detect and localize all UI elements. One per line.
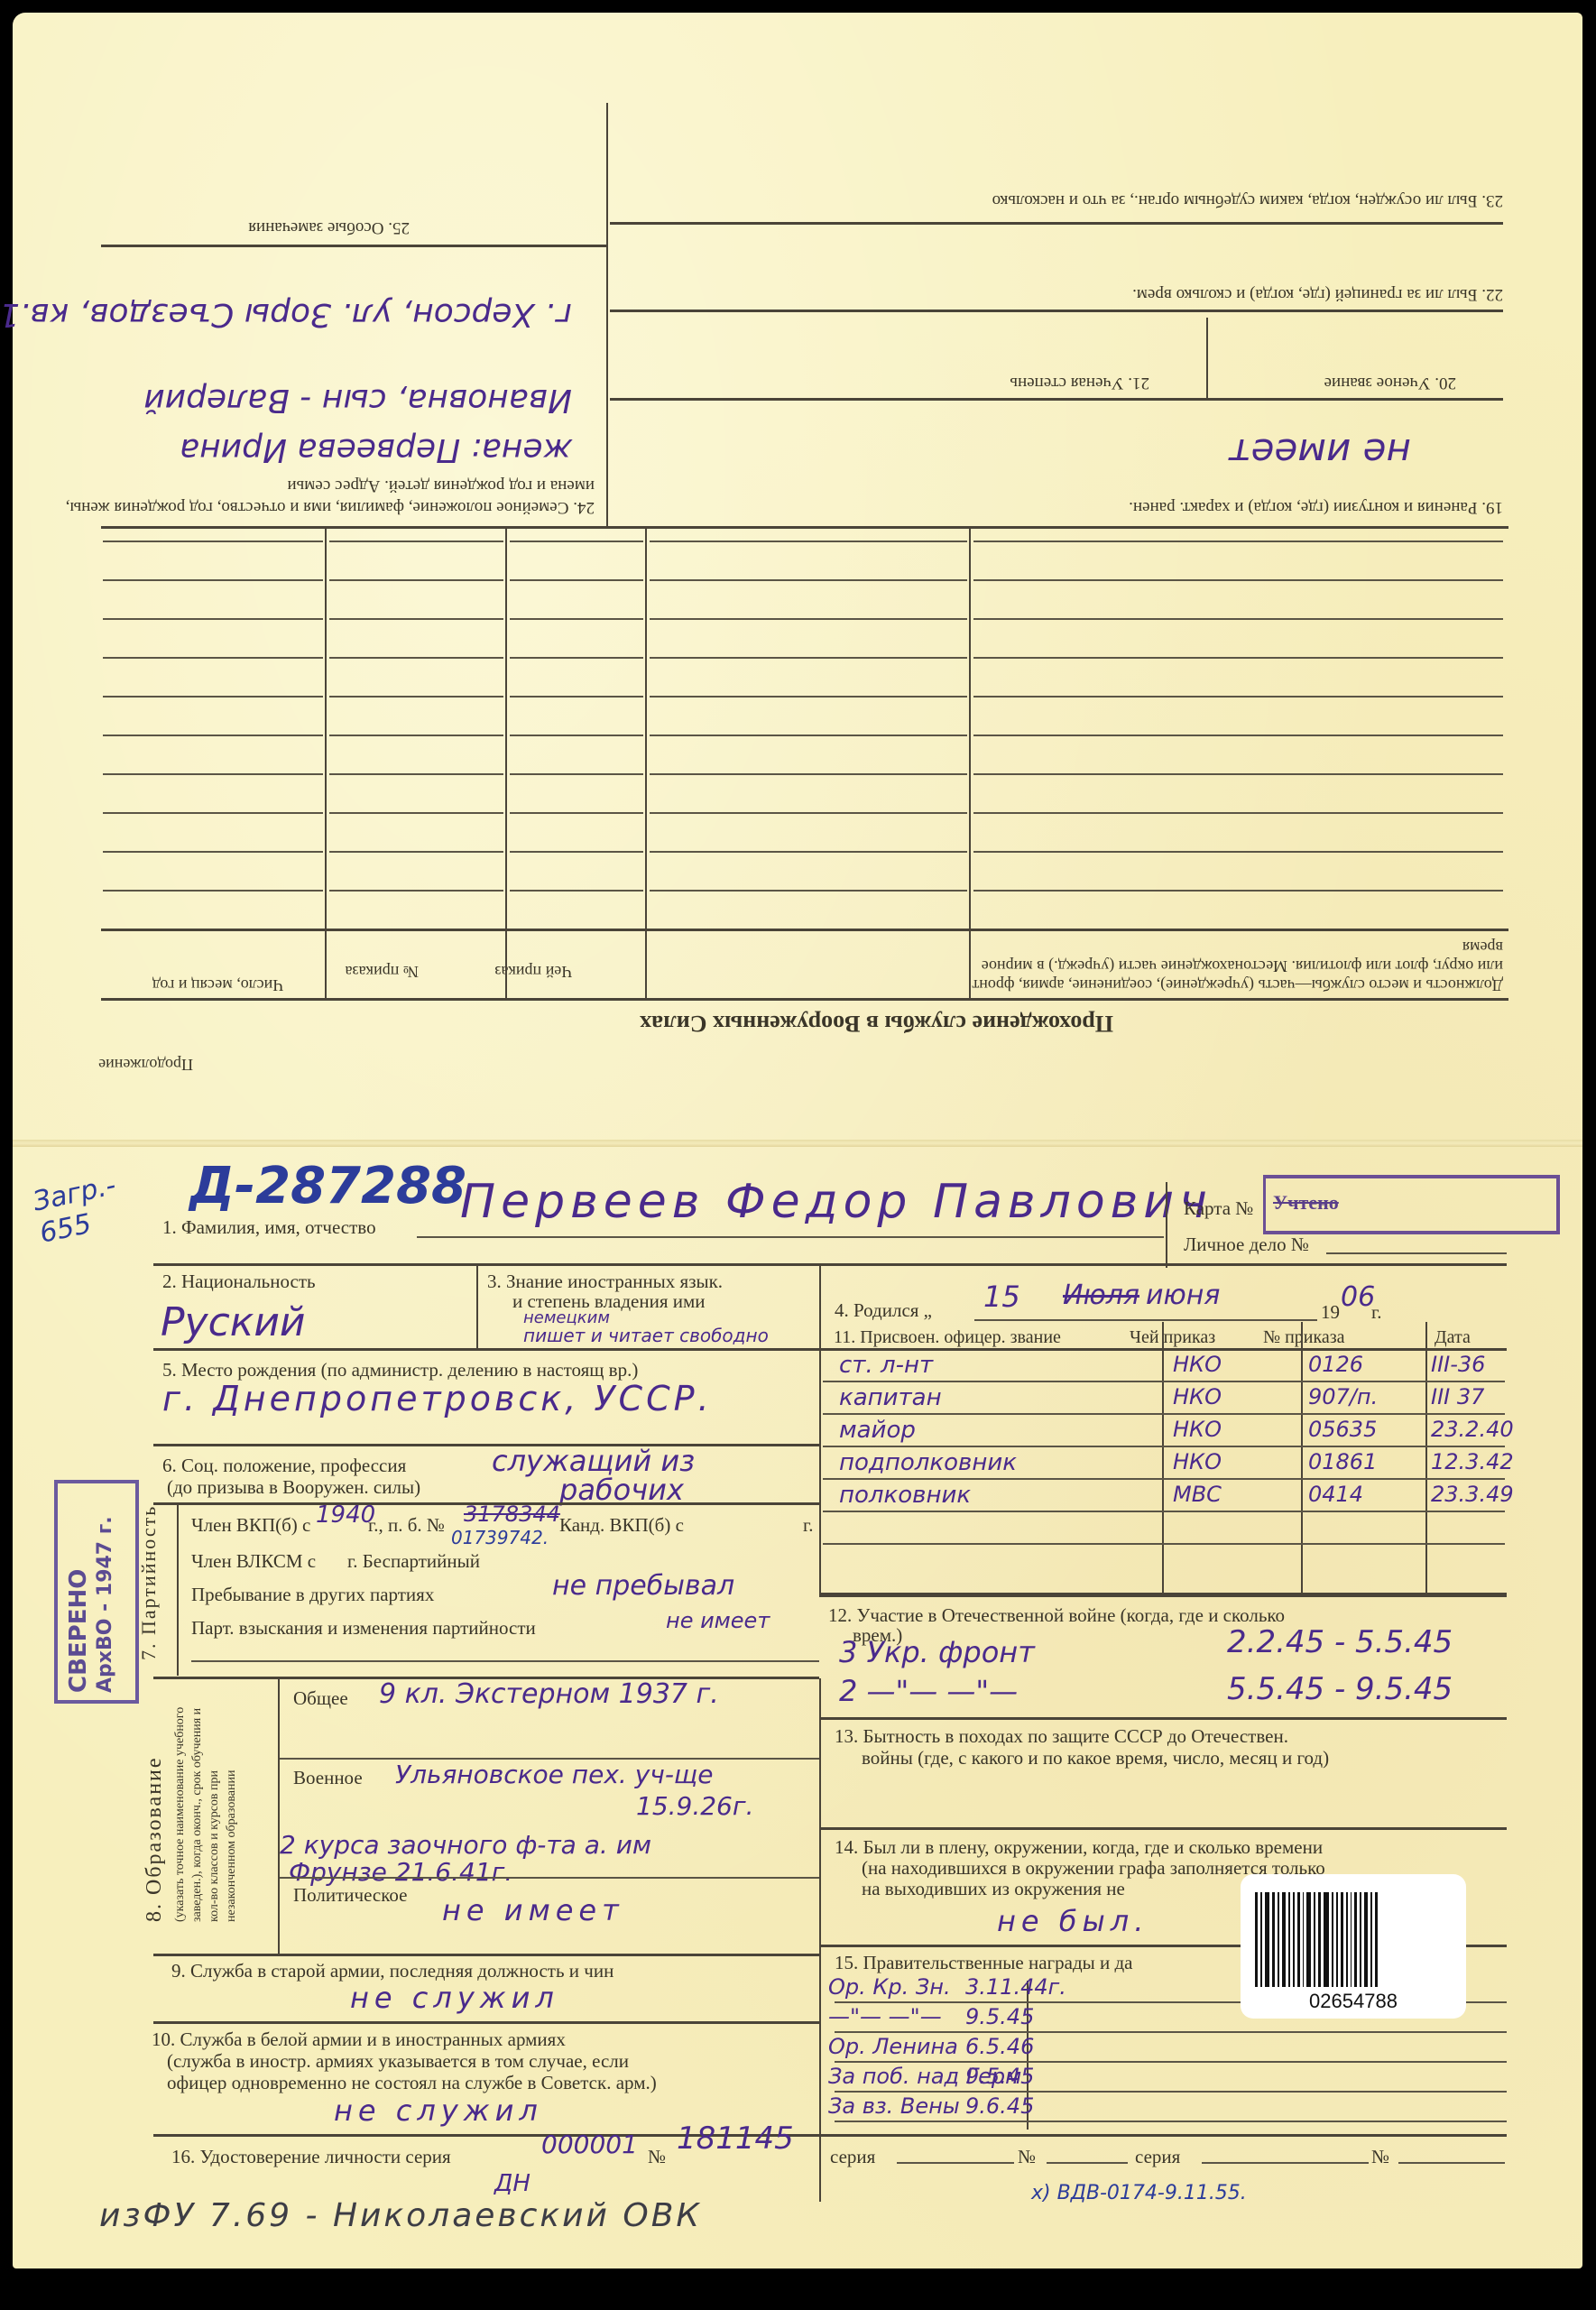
card-number-label: Карта № [1184, 1197, 1253, 1219]
field-22-label: 22. Был ли за границей (где, когда) и ск… [1132, 283, 1503, 305]
rank-date: III 37 [1431, 1384, 1484, 1409]
id-number-label: № [648, 2146, 666, 2167]
personal-file-label: Личное дело № [1184, 1234, 1309, 1255]
other-parties-value: не пребывал [552, 1570, 734, 1602]
field-9-label: 9. Служба в старой армии, последняя долж… [171, 1960, 613, 1982]
vkp-label: Член ВКП(б) с [191, 1514, 310, 1536]
service-row-line [650, 618, 967, 620]
verified-stamp-text: СВЕРЕНО АрхВО - 1947 г. [65, 1516, 119, 1693]
service-row-line [103, 890, 323, 892]
rank-row-line [823, 1413, 1505, 1415]
award-date: 9.5.45 [965, 2064, 1034, 2089]
rule [819, 1594, 1507, 1597]
field-14-value: не был. [997, 1904, 1149, 1938]
rank-by: НКО [1173, 1417, 1222, 1442]
barcode-icon [1255, 1892, 1452, 1987]
service-row-line [973, 773, 1503, 775]
field-9-value: не служил [350, 1981, 559, 2015]
barcode-number: 02654788 [1241, 1990, 1466, 2013]
col-divider [177, 1504, 179, 1676]
service-row-line [650, 541, 967, 542]
service-row-line [973, 657, 1503, 659]
service-row-line [329, 812, 503, 814]
field-14-label-1: 14. Был ли в плену, окружении, когда, гд… [835, 1836, 1323, 1858]
rank-order: 0126 [1308, 1352, 1363, 1377]
field-13-label-1: 13. Бытность в походах по защите СССР до… [835, 1725, 1288, 1747]
field-6-label-2: (до призыва в Вооружен. силы) [167, 1476, 420, 1498]
col-divider [819, 1265, 821, 1348]
accounted-stamp-text: Учтено [1273, 1191, 1339, 1215]
service-row-line [329, 618, 503, 620]
service-row-line [329, 890, 503, 892]
col-divider [1301, 1322, 1303, 1593]
rank-by: НКО [1173, 1384, 1222, 1409]
cand-suffix: г. [803, 1514, 814, 1536]
service-row-line [510, 696, 643, 698]
penalties-label: Парт. взыскания и изменения партийности [191, 1617, 536, 1639]
col-divider [1206, 318, 1208, 399]
footer-note-right: х) ВДВ-0174-9.11.55. [1031, 2182, 1247, 2204]
general-edu-label: Общее [293, 1687, 348, 1709]
service-row-line [650, 579, 967, 581]
field-11-col-order: № приказа [1263, 1326, 1345, 1348]
rule [610, 310, 1503, 312]
field-11-col-date: Дата [1435, 1326, 1471, 1348]
service-row-line [650, 812, 967, 814]
rule [101, 998, 1508, 1001]
award-line [835, 2031, 1507, 2033]
service-row-line [510, 735, 643, 736]
birth-year-prefix: 19 [1321, 1301, 1340, 1323]
field-7-side-label: 7. Партийность [137, 1505, 161, 1660]
military-edu-line-3: 2 курса заочного ф-та а. им [280, 1830, 651, 1860]
field-21-label: 21. Ученая степень [1010, 372, 1149, 393]
award-line [835, 2121, 1507, 2122]
rank-order: 01861 [1308, 1449, 1377, 1474]
service-row-line [103, 773, 323, 775]
field-24-line-2: Ивановна, сын - Валерий [143, 382, 572, 419]
stamp-line-1: СВЕРЕНО [65, 1516, 92, 1693]
service-row-line [650, 657, 967, 659]
service-row-line [329, 851, 503, 853]
service-col-order: № приказа [345, 961, 419, 983]
field-10-label-1: 10. Служба в белой армии и в иностранных… [152, 2028, 566, 2050]
field-12-label-1: 12. Участие в Отечественной войне (когда… [828, 1604, 1285, 1626]
col-divider [645, 529, 647, 998]
id-series: 000001 [541, 2130, 638, 2159]
other-parties-label: Пребывание в других партиях [191, 1584, 434, 1605]
col-divider [819, 1678, 821, 2202]
underline [974, 1319, 1317, 1321]
award-name: За вз. Вены [828, 2093, 960, 2119]
rule [101, 245, 606, 247]
field-23-label: 23. Был ли осужден, когда, каким судебны… [781, 189, 1503, 211]
service-row-line [510, 541, 643, 542]
rank-row-line [823, 1478, 1505, 1480]
vlksm-label: Член ВЛКСМ с [191, 1550, 316, 1572]
field-20-label: 20. Ученое звание [1324, 372, 1456, 393]
field-5-label: 5. Место рождения (по администр. делению… [162, 1359, 638, 1381]
service-row-line [510, 579, 643, 581]
col-divider [606, 103, 608, 527]
rank-order: 907/п. [1308, 1384, 1378, 1409]
service-row-line [650, 696, 967, 698]
party-card-new: 01739742. [451, 1527, 549, 1548]
underline [280, 1877, 819, 1879]
birth-day: 15 [983, 1280, 1020, 1314]
col-divider [1166, 1182, 1167, 1268]
rule [819, 1827, 1507, 1830]
continuation-label: Продолжение [98, 1054, 193, 1076]
col-divider [476, 1265, 478, 1348]
reverse-side: Продолжение Прохождение службы в Вооруже… [13, 13, 1582, 1141]
penalties-value: не имеет [666, 1608, 770, 1633]
footer-note-dn: ДН [494, 2170, 530, 2197]
rule [153, 1348, 1507, 1351]
service-section-title: Прохождение службы в Вооруженных Силах [640, 1012, 1113, 1034]
service-row-line [973, 735, 1503, 736]
birth-month: июня [1146, 1280, 1220, 1311]
page-fold [13, 1140, 1582, 1147]
service-row-line [650, 773, 967, 775]
service-row-line [973, 812, 1503, 814]
award-name: Ор. Кр. Зн. [828, 1974, 951, 2000]
rank-by: МВС [1173, 1482, 1222, 1507]
service-row-line [103, 812, 323, 814]
war-front-2: 2 —"— —"— [839, 1674, 1018, 1708]
vlksm-mid: г. Беспартийный [347, 1550, 480, 1572]
rule [153, 2134, 1507, 2137]
service-row-line [329, 696, 503, 698]
rank-date: III-36 [1431, 1352, 1485, 1377]
military-edu-line-4: Фрунзе 21.6.41г. [289, 1857, 512, 1887]
service-row-line [103, 735, 323, 736]
field-10-value: не служил [334, 2093, 543, 2128]
field-25-label: 25. Особые замечания [248, 217, 410, 238]
col-divider [505, 529, 507, 998]
rule [610, 398, 1503, 401]
war-period-2: 5.5.45 - 9.5.45 [1227, 1671, 1453, 1707]
war-period-1: 2.2.45 - 5.5.45 [1227, 1624, 1453, 1660]
service-row-line [103, 579, 323, 581]
service-row-line [510, 773, 643, 775]
service-row-line [510, 812, 643, 814]
party-card-struck: 3178344 [464, 1501, 560, 1527]
underline [1047, 2162, 1128, 2164]
id-number: 181145 [677, 2121, 794, 2157]
rank-date: 23.2.40 [1431, 1417, 1514, 1442]
rule [153, 1444, 819, 1446]
accounted-stamp: Учтено [1263, 1175, 1560, 1234]
service-row-line [973, 696, 1503, 698]
field-11-col-rank: 11. Присвоен. офицер. звание [834, 1326, 1061, 1348]
service-row-line [650, 735, 967, 736]
service-row-line [329, 541, 503, 542]
id-number-3-label: № [1371, 2146, 1389, 2167]
field-5-value: г. Днепропетровск, УССР. [162, 1379, 713, 1418]
award-date: 3.11.44г. [965, 1974, 1066, 2000]
field-3-value-2: пишет и читает свободно [523, 1325, 769, 1346]
underline [417, 1236, 1164, 1238]
rank-row-line [823, 1446, 1505, 1447]
service-row-line [329, 657, 503, 659]
service-row-line [973, 541, 1503, 542]
service-row-line [103, 657, 323, 659]
rule [610, 222, 1503, 225]
rule [819, 1717, 1507, 1720]
rank-row-line [823, 1543, 1505, 1545]
rule [153, 1263, 1507, 1266]
field-19-label: 19. Ранения и контузии (где, когда) и ха… [1129, 496, 1503, 518]
rule [101, 929, 1508, 931]
service-row-line [510, 618, 643, 620]
political-edu-value: не имеет [442, 1893, 624, 1927]
id-number-2-label: № [1018, 2146, 1036, 2167]
service-row-line [329, 735, 503, 736]
service-row-line [510, 890, 643, 892]
file-number: Д-287288 [189, 1157, 466, 1215]
verified-stamp: СВЕРЕНО АрхВО - 1947 г. [54, 1480, 139, 1704]
birth-year: 06 [1341, 1281, 1375, 1313]
rule [153, 2021, 819, 2024]
rank-rank: ст. л-нт [839, 1352, 933, 1379]
service-col-position: Должность и место службы—часть (учрежден… [962, 938, 1503, 994]
award-date: 9.5.45 [965, 2004, 1034, 2029]
field-11-col-by: Чей приказ [1130, 1326, 1215, 1348]
service-row-line [973, 618, 1503, 620]
id-series-3-label: серия [1135, 2146, 1180, 2167]
field-3-label-1: 3. Знание иностранных язык. [487, 1270, 723, 1292]
award-date: 9.6.45 [965, 2093, 1034, 2119]
rank-rank: подполковник [839, 1449, 1017, 1476]
rank-by: НКО [1173, 1449, 1222, 1474]
field-24-line-3: г. Херсон, ул. Зоры Съездов, кв.13 [0, 296, 572, 333]
field-19-value: не имеет [1229, 430, 1411, 475]
underline [1326, 1252, 1507, 1254]
field-6-label-1: 6. Соц. положение, профессия [162, 1455, 406, 1476]
rank-order: 0414 [1308, 1482, 1363, 1507]
military-edu-label: Военное [293, 1767, 363, 1788]
service-row-line [510, 851, 643, 853]
award-name: Ор. Ленина [828, 2034, 958, 2059]
field-24-line-1: жена: Первеева Ирина [180, 431, 572, 468]
military-edu-line-2: 15.9.26г. [636, 1791, 753, 1821]
col-divider [1425, 1322, 1427, 1593]
service-row-line [329, 773, 503, 775]
rank-order: 05635 [1308, 1417, 1377, 1442]
field-10-label-3: офицер одновременно не состоял на службе… [167, 2072, 657, 2093]
field-2-label: 2. Национальность [162, 1270, 316, 1292]
service-row-line [510, 657, 643, 659]
birth-month-struck: Июля [1063, 1280, 1139, 1311]
field-16-label: 16. Удостоверение личности серия [171, 2146, 451, 2167]
rank-rank: полковник [839, 1482, 971, 1509]
field-10-label-2: (служба в иностр. армиях указывается в т… [167, 2050, 629, 2072]
id-series-2-label: серия [830, 2146, 875, 2167]
service-row-line [973, 890, 1503, 892]
award-line [835, 2061, 1507, 2063]
military-edu-line-1: Ульяновское пех. уч-ще [395, 1760, 714, 1789]
barcode-label: 02654788 [1241, 1874, 1466, 2019]
underline [1202, 2162, 1369, 2164]
service-row-line [973, 851, 1503, 853]
service-row-line [103, 541, 323, 542]
field-8-side-note: (указать точное наименование учебного за… [171, 1692, 240, 1922]
underline [1398, 2162, 1505, 2164]
award-name: —"— —"— [828, 2004, 942, 2029]
rank-row-line [823, 1381, 1505, 1382]
service-row-line [973, 579, 1503, 581]
col-divider [325, 529, 327, 998]
rule [153, 1954, 819, 1956]
birth-year-suffix: г. [1371, 1301, 1382, 1323]
service-col-date: Число, месяц и год [148, 975, 283, 994]
col-divider [819, 1348, 821, 1594]
field-13-label-2: войны (где, с какого и по какое время, ч… [862, 1747, 1329, 1769]
service-row-line [103, 851, 323, 853]
rank-date: 12.3.42 [1431, 1449, 1514, 1474]
rank-row-line [823, 1511, 1505, 1512]
general-edu-value: 9 кл. Экстерном 1937 г. [379, 1678, 719, 1710]
cand-label: Канд. ВКП(б) с [559, 1514, 684, 1536]
field-2-value: Руский [161, 1299, 306, 1345]
field-1-label: 1. Фамилия, имя, отчество [162, 1216, 376, 1238]
rank-rank: капитан [839, 1384, 942, 1411]
field-1-value: Первеев Федор Павлович [460, 1175, 1213, 1229]
vkp-mid-label: г., п. б. № [368, 1514, 445, 1536]
field-15-label: 15. Правительственные награды и да [835, 1952, 1133, 1973]
service-row-line [329, 579, 503, 581]
service-row-line [103, 696, 323, 698]
col-divider [278, 1678, 280, 1954]
service-row-line [650, 890, 967, 892]
service-row-line [650, 851, 967, 853]
vkp-year: 1940 [316, 1501, 375, 1529]
war-front-1: 3 Укр. фронт [839, 1635, 1035, 1669]
col-divider [1162, 1322, 1164, 1593]
service-row-line [103, 618, 323, 620]
rank-rank: майор [839, 1417, 916, 1444]
political-edu-label: Политическое [293, 1884, 407, 1906]
field-14-label-3: на выходивших из окружения не [862, 1878, 1125, 1899]
field-24-label: 24. Семейное положение, фамилия, имя и о… [35, 475, 595, 518]
underline [897, 2162, 1014, 2164]
award-line [835, 2091, 1507, 2093]
award-date: 6.5.46 [965, 2034, 1034, 2059]
field-4-label: 4. Родился „ [835, 1299, 932, 1321]
footer-note-left: изФУ 7.69 - Николаевский ОВК [99, 2197, 702, 2234]
underline [191, 1660, 819, 1662]
col-divider [969, 529, 971, 998]
rank-by: НКО [1173, 1352, 1222, 1377]
rank-date: 23.3.49 [1431, 1482, 1514, 1507]
rule [101, 526, 1508, 529]
field-8-side-label: 8. Образование [143, 1756, 167, 1922]
stamp-line-2: АрхВО - 1947 г. [92, 1516, 119, 1693]
